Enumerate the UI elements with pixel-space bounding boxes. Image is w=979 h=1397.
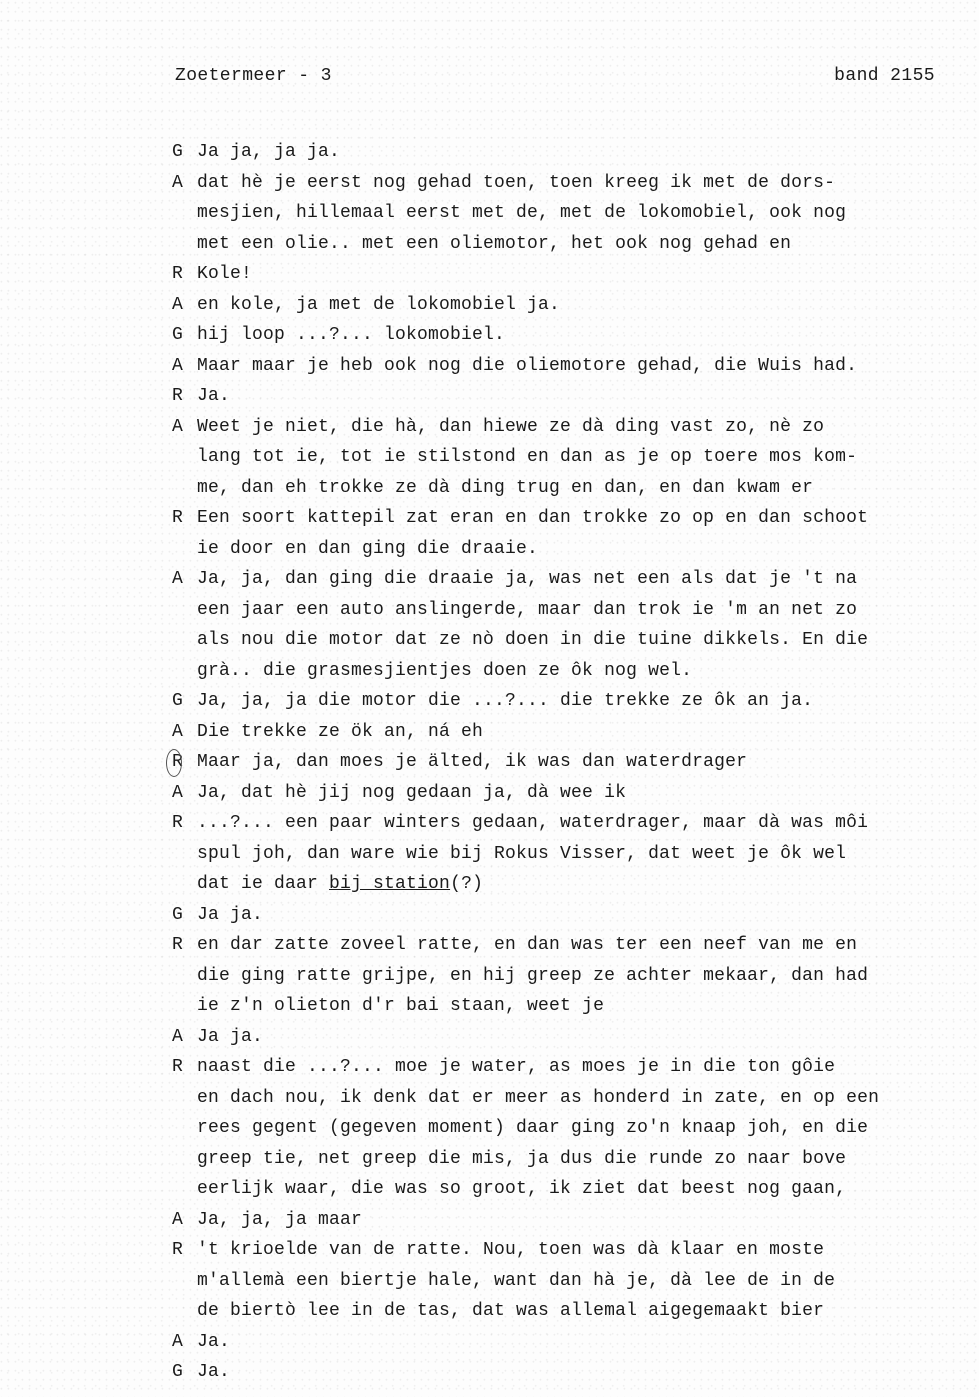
utterance-line: ie z'n olieton d'r bai staan, weet je — [197, 991, 962, 1022]
speaker-label: R — [172, 747, 192, 778]
speaker-label: A — [172, 1205, 192, 1236]
transcript-turn: R't krioelde van de ratte. Nou, toen was… — [172, 1235, 962, 1327]
speaker-label: A — [172, 717, 192, 748]
speaker-label: R — [172, 503, 192, 534]
speaker-label: A — [172, 168, 192, 199]
utterance-line: Ja ja. — [197, 900, 962, 931]
utterance-line: en dar zatte zoveel ratte, en dan was te… — [197, 930, 962, 961]
utterance-line: eerlijk waar, die was so groot, ik ziet … — [197, 1174, 962, 1205]
transcript-turn: Aen kole, ja met de lokomobiel ja. — [172, 290, 962, 321]
page-header: Zoetermeer - 3 band 2155 — [175, 66, 935, 86]
utterance-line: en dach nou, ik denk dat er meer as hond… — [197, 1083, 962, 1114]
transcript-turn: RJa. — [172, 381, 962, 412]
utterance-line: ...?... een paar winters gedaan, waterdr… — [197, 808, 962, 839]
speaker-label: A — [172, 564, 192, 595]
utterance-line: lang tot ie, tot ie stilstond en dan as … — [197, 442, 962, 473]
tape-number: band 2155 — [834, 66, 935, 86]
transcript-turn: ADie trekke ze ök an, ná eh — [172, 717, 962, 748]
utterance-line: en kole, ja met de lokomobiel ja. — [197, 290, 962, 321]
utterance-line: als nou die motor dat ze nò doen in die … — [197, 625, 962, 656]
speaker-label: R — [172, 1235, 192, 1266]
speaker-label: A — [172, 778, 192, 809]
speaker-label: A — [172, 351, 192, 382]
utterance-line: Ja. — [197, 1327, 962, 1358]
transcript-turn: AMaar maar je heb ook nog die oliemotore… — [172, 351, 962, 382]
transcript-turn: GJa ja. — [172, 900, 962, 931]
transcript-turn: AJa, dat hè jij nog gedaan ja, dà wee ik — [172, 778, 962, 809]
transcript: GJa ja, ja ja.Adat hè je eerst nog gehad… — [172, 137, 962, 1388]
transcript-turn: AJa. — [172, 1327, 962, 1358]
utterance-line: een jaar een auto anslingerde, maar dan … — [197, 595, 962, 626]
utterance-line: Maar maar je heb ook nog die oliemotore … — [197, 351, 962, 382]
speaker-label: G — [172, 686, 192, 717]
transcript-turn: Ren dar zatte zoveel ratte, en dan was t… — [172, 930, 962, 1022]
utterance-line: dat hè je eerst nog gehad toen, toen kre… — [197, 168, 962, 199]
utterance-line: me, dan eh trokke ze dà ding trug en dan… — [197, 473, 962, 504]
utterance-line: Ja, ja, ja die motor die ...?... die tre… — [197, 686, 962, 717]
transcript-turn: Adat hè je eerst nog gehad toen, toen kr… — [172, 168, 962, 260]
utterance-line: hij loop ...?... lokomobiel. — [197, 320, 962, 351]
utterance-line: rees gegent (gegeven moment) daar ging z… — [197, 1113, 962, 1144]
transcript-turn: AJa, ja, dan ging die draaie ja, was net… — [172, 564, 962, 686]
speaker-label: G — [172, 137, 192, 168]
transcript-turn: RMaar ja, dan moes je älted, ik was dan … — [172, 747, 962, 778]
speaker-label: A — [172, 1022, 192, 1053]
utterance-line: grà.. die grasmesjientjes doen ze ôk nog… — [197, 656, 962, 687]
line-segment: dat ie daar — [197, 874, 329, 894]
transcript-turn: GJa ja, ja ja. — [172, 137, 962, 168]
speaker-label: G — [172, 900, 192, 931]
utterance-line: Een soort kattepil zat eran en dan trokk… — [197, 503, 962, 534]
utterance-line: Ja ja, ja ja. — [197, 137, 962, 168]
speaker-label: G — [172, 320, 192, 351]
utterance-line: die ging ratte grijpe, en hij greep ze a… — [197, 961, 962, 992]
transcript-turn: GJa, ja, ja die motor die ...?... die tr… — [172, 686, 962, 717]
speaker-label: A — [172, 412, 192, 443]
utterance-line: mesjien, hillemaal eerst met de, met de … — [197, 198, 962, 229]
speaker-label: R — [172, 259, 192, 290]
transcript-turn: AWeet je niet, die hà, dan hiewe ze dà d… — [172, 412, 962, 504]
utterance-line: de biertò lee in de tas, dat was allemal… — [197, 1296, 962, 1327]
transcript-turn: AJa ja. — [172, 1022, 962, 1053]
speaker-label: A — [172, 1327, 192, 1358]
utterance-line: m'allemà een biertje hale, want dan hà j… — [197, 1266, 962, 1297]
utterance-line: Ja. — [197, 1357, 962, 1388]
speaker-label: G — [172, 1357, 192, 1388]
utterance-line: naast die ...?... moe je water, as moes … — [197, 1052, 962, 1083]
transcript-turn: RKole! — [172, 259, 962, 290]
transcript-turn: REen soort kattepil zat eran en dan trok… — [172, 503, 962, 564]
transcript-turn: GJa. — [172, 1357, 962, 1388]
utterance-line: met een olie.. met een oliemotor, het oo… — [197, 229, 962, 260]
speaker-label: A — [172, 290, 192, 321]
utterance-line: Ja, ja, dan ging die draaie ja, was net … — [197, 564, 962, 595]
utterance-line: Ja ja. — [197, 1022, 962, 1053]
utterance-line: spul joh, dan ware wie bij Rokus Visser,… — [197, 839, 962, 870]
utterance-line: Die trekke ze ök an, ná eh — [197, 717, 962, 748]
utterance-line: Ja, dat hè jij nog gedaan ja, dà wee ik — [197, 778, 962, 809]
speaker-label: R — [172, 1052, 192, 1083]
utterance-line: Weet je niet, die hà, dan hiewe ze dà di… — [197, 412, 962, 443]
speaker-label: R — [172, 808, 192, 839]
utterance-line: ie door en dan ging die draaie. — [197, 534, 962, 565]
transcript-turn: R...?... een paar winters gedaan, waterd… — [172, 808, 962, 900]
speaker-label: R — [172, 930, 192, 961]
utterance-line: Ja. — [197, 381, 962, 412]
transcript-turn: Rnaast die ...?... moe je water, as moes… — [172, 1052, 962, 1205]
speaker-label: R — [172, 381, 192, 412]
utterance-line: dat ie daar bij station(?) — [197, 869, 962, 900]
utterance-line: Kole! — [197, 259, 962, 290]
transcript-turn: Ghij loop ...?... lokomobiel. — [172, 320, 962, 351]
utterance-line: greep tie, net greep die mis, ja dus die… — [197, 1144, 962, 1175]
utterance-line: 't krioelde van de ratte. Nou, toen was … — [197, 1235, 962, 1266]
transcript-turn: AJa, ja, ja maar — [172, 1205, 962, 1236]
line-segment: (?) — [450, 874, 483, 894]
utterance-line: Ja, ja, ja maar — [197, 1205, 962, 1236]
document-title: Zoetermeer - 3 — [175, 66, 332, 86]
utterance-line: Maar ja, dan moes je älted, ik was dan w… — [197, 747, 962, 778]
underlined-phrase: bij station — [329, 874, 450, 894]
